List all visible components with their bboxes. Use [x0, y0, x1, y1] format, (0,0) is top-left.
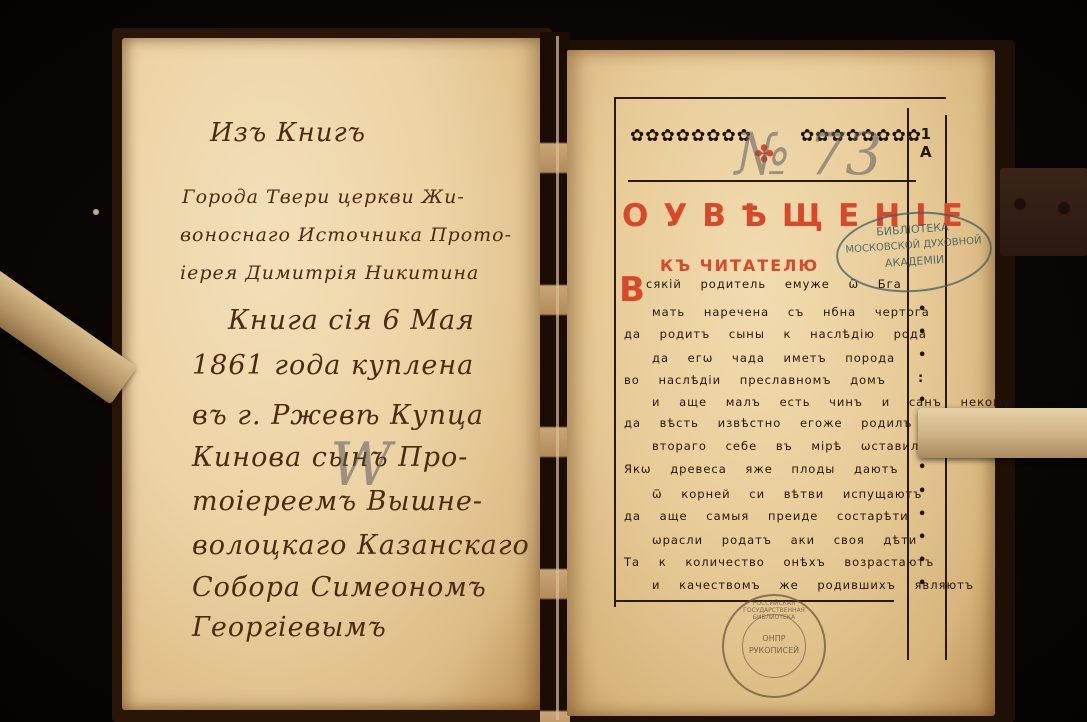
clasp-rivet-icon: [1014, 198, 1026, 210]
folio-number: 1: [920, 125, 932, 143]
verse-line: ѿ корней си вѣтви испущаютъ: [652, 487, 922, 501]
verse-line: да родитъ сыны к наслѣдію рода: [624, 327, 927, 341]
verse-line: мать наречена съ нбна чертога: [652, 305, 930, 319]
inscription-line: Города Твери церкви Жи-: [182, 186, 465, 208]
verse-punctuation: •: [918, 325, 926, 340]
pencil-mark: W: [330, 430, 392, 500]
verse-line: Та к количество онѣхъ возрастаютъ: [624, 555, 934, 569]
verse-punctuation: •: [918, 348, 926, 363]
clasp-rivet-icon: [1058, 202, 1070, 214]
inscription-line: волоцкаго Казанскаго: [192, 530, 530, 561]
stamp-text: РУКОПИСЕЙ: [743, 645, 805, 657]
stamp-center: ОНПР РУКОПИСЕЙ: [742, 614, 806, 678]
verse-line: да вѣсть извѣстно егоже родилъ есть: [624, 416, 962, 430]
verse-line: да егѡ чада иметъ порода: [652, 351, 895, 365]
library-stamp-round: РОССИЙСКАЯ ГОСУДАРСТВЕННАЯ БИБЛИОТЕКА ОН…: [722, 594, 826, 698]
metal-clasp: [1000, 168, 1087, 256]
binding-thread: [556, 36, 559, 720]
verse-line: во наслѣдіи преславномъ домъ: [624, 373, 886, 387]
pencil-number: № 73: [735, 120, 882, 188]
verse-line: да аще самыя преиде состарѣти: [624, 509, 909, 523]
inscription-line: Книга сія 6 Мая: [228, 305, 475, 336]
verse-line: и аще малъ есть чинъ и санъ некому: [652, 395, 1011, 409]
inscription-line: вонос­наго Источника Прото-: [180, 224, 512, 246]
verse-punctuation: :: [918, 371, 923, 386]
verse-punctuation: •: [918, 507, 926, 522]
verse-line: ѡрасли родатъ аки своя дѣти: [652, 533, 917, 547]
verse-punctuation: •: [918, 530, 926, 545]
inscription-line: іерея Димитрія Никитина: [180, 262, 479, 284]
brass-nail: [93, 209, 99, 215]
verse-punctuation: •: [918, 393, 926, 408]
wooden-bookmark-right: [918, 408, 1087, 458]
verse-punctuation: •: [918, 553, 926, 568]
inscription-signature: Георгіевымъ: [192, 612, 387, 643]
folio-marker: 1 А: [920, 125, 932, 161]
inscription-line: Собора Симеономъ: [192, 572, 487, 603]
inscription-line: Изъ Книгъ: [210, 118, 366, 148]
page-subtitle: КЪ ЧИТАТЕЛЮ: [660, 256, 819, 275]
inscription-line: въ г. Ржевѣ Купца: [192, 400, 484, 431]
verse-line: Якѡ древеса яже плоды даютъ: [624, 462, 899, 476]
verse-punctuation: •: [918, 302, 926, 317]
folio-letter: А: [920, 143, 932, 161]
verse-punctuation: •: [918, 484, 926, 499]
verse-punctuation: •: [918, 460, 926, 475]
verse-punctuation: •: [918, 576, 926, 591]
stamp-text: ОНПР: [743, 633, 805, 645]
head-ornament-left: ✿✿✿✿✿✿✿✿: [630, 126, 752, 146]
drop-cap: В: [619, 270, 645, 310]
book-spine: [540, 32, 570, 722]
inscription-line: 1861 года куплена: [192, 350, 474, 381]
